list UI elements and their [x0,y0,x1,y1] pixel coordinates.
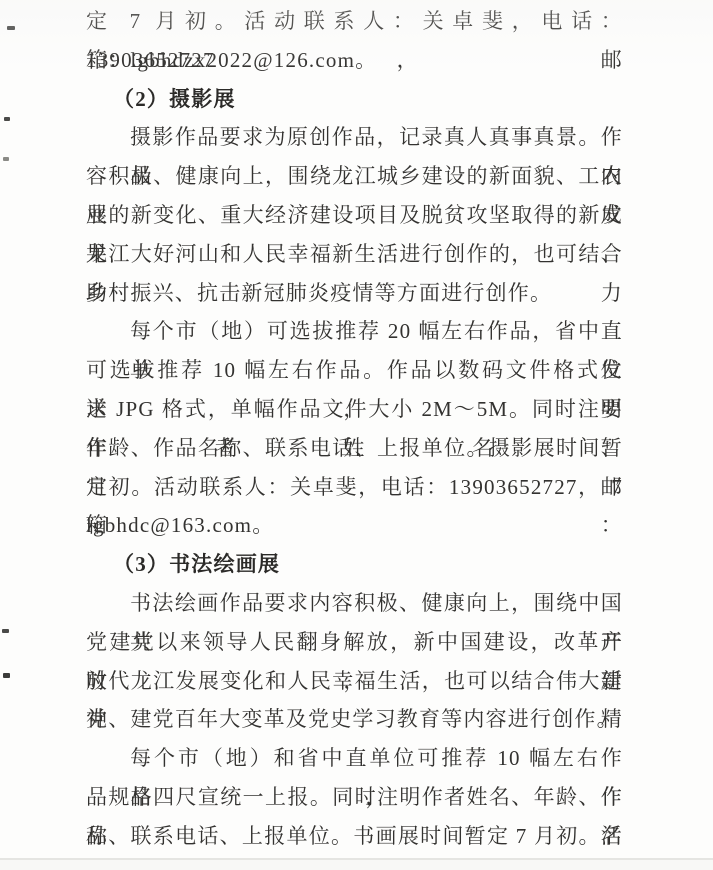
scan-speck [3,673,10,678]
text-line: 每个市（地）可选拔推荐 20 幅左右作品，省中直单位 [86,312,623,351]
scanned-document-page: 定 7 月初。活动联系人：关卓斐，电话：13903652727，邮箱：lgbhd… [0,0,713,870]
text-line: 神、建党百年大变革及党史学习教育等内容进行创作。 [86,700,623,739]
scan-speck [2,629,9,633]
text-line: 每个市（地）和省中直单位可推荐 10 幅左右作品，作 [86,739,623,778]
text-line: 容积极、健康向上，围绕龙江城乡建设的新面貌、工农业发 [86,157,623,196]
text-line: 品规格四尺宣统一上报。同时注明作者姓名、年龄、作品名 [86,778,623,817]
text-line: 求 JPG 格式，单幅作品文件大小 2M～5M。同时注明作者姓名、 [86,390,623,429]
text-line: 书法绘画作品要求内容积极、健康向上，围绕中国共产 [86,584,623,623]
text-line: 年龄、作品名称、联系电话、上报单位。摄影展时间暂定 7 [86,429,623,468]
text-line: 乡村振兴、抗击新冠肺炎疫情等方面进行创作。 [86,274,623,313]
scan-speck [3,157,9,161]
text-line: 时代龙江发展变化和人民幸福生活，也可以结合伟大建党精 [86,662,623,701]
section-heading: （2）摄影展 [86,80,623,119]
section-heading: （3）书法绘画展 [86,545,623,584]
text-line: 摄影作品要求为原创作品，记录真人真事真景。作品内 [86,118,623,157]
text-line: 月初。活动联系人：关卓斐，电话：13903652727，邮箱： [86,468,623,507]
document-lines: 定 7 月初。活动联系人：关卓斐，电话：13903652727，邮箱：lgbhd… [86,2,623,856]
text-line: 称、联系电话、上报单位。书画展时间暂定 7 月初。活动联 [86,817,623,856]
text-line: 可选拔推荐 10 幅左右作品。作品以数码文件格式发送，要 [86,351,623,390]
text-line: 龙江大好河山和人民幸福新生活进行创作的，也可结合助力 [86,235,623,274]
scan-speck [7,26,15,30]
page-bottom-strip [0,860,713,870]
scan-speck [4,117,10,121]
text-line: 展的新变化、重大经济建设项目及脱贫攻坚取得的新成果、 [86,196,623,235]
text-line: 定 7 月初。活动联系人：关卓斐，电话：13903652727，邮 [86,2,623,41]
text-line: 党建党以来领导人民翻身解放，新中国建设，改革开放，新 [86,623,623,662]
